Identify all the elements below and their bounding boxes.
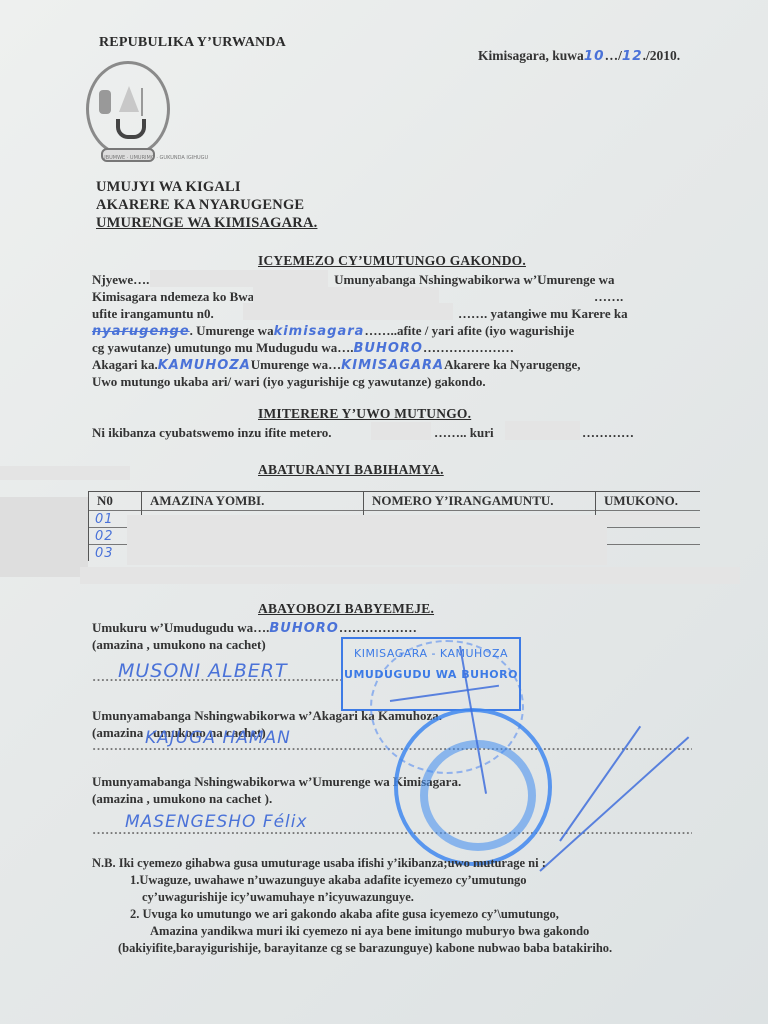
redacted-area-2 bbox=[505, 421, 580, 440]
sign-note-1: (amazina , umukono na cachet) bbox=[92, 636, 266, 653]
property-title: IMITERERE Y’UWO MUTUNGO. bbox=[258, 406, 471, 422]
authorities-title: ABAYOBOZI BABYEMEJE. bbox=[258, 601, 434, 617]
note-item-4: (bakiyifite,barayigurishije, barayitanze… bbox=[118, 940, 612, 957]
note-nb: N.B. Iki cyemezo gihabwa gusa umuturage … bbox=[92, 855, 546, 872]
col-signature: UMUKONO. bbox=[596, 492, 701, 511]
emblem-caption: UBUMWE · UMURIMO · GUKUNDA IGIHUGU bbox=[102, 155, 208, 161]
cert-line-6: Akagari ka.KAMUHOZAUmurenge wa…KIMISAGAR… bbox=[92, 356, 580, 374]
note-item-3: Amazina yandikwa muri iki cyemezo ni aya… bbox=[150, 923, 589, 940]
place-date-prefix: Kimisagara, kuwa bbox=[478, 48, 584, 63]
redacted-left-block bbox=[0, 497, 88, 577]
col-id-number: NOMERO Y’IRANGAMUNTU. bbox=[364, 492, 596, 511]
redacted-witness-data bbox=[127, 515, 607, 565]
cert-line-3: ufite irangamuntu n0. bbox=[92, 305, 214, 322]
rwanda-coat-of-arms-icon bbox=[86, 61, 170, 157]
village-rectangular-stamp: KIMISAGARA - KAMUHOZA UMUDUGUDU WA BUHOR… bbox=[341, 637, 521, 711]
district-heading: AKARERE KA NYARUGENGE bbox=[96, 197, 304, 214]
note-item-2: 2. Uvuga ko umutungo we ari gakondo akab… bbox=[130, 906, 559, 923]
republic-heading: REPUBULIKA Y’URWANDA bbox=[99, 35, 286, 51]
village-head-signature-name: MUSONI ALBERT bbox=[118, 660, 288, 682]
date-day: 10 bbox=[584, 48, 605, 64]
cert-line-7: Uwo mutungo ukaba ari/ wari (iyo yaguris… bbox=[92, 373, 486, 390]
note-item-1a: 1.Uwaguze, uwahawe n’uwazunguye akaba ad… bbox=[130, 872, 527, 889]
property-line: Ni ikibanza cyubatswemo inzu ifite meter… bbox=[92, 424, 332, 441]
cert-line-4: nyarugenge. Umurenge wakimisagara……..afi… bbox=[92, 322, 574, 340]
certificate-title: ICYEMEZO CY’UMUTUNGO GAKONDO. bbox=[258, 253, 526, 269]
note-item-1b: cy’uwagurishije icy’uwamuhaye n’icyuwazu… bbox=[142, 889, 414, 906]
signature-stroke-icon bbox=[539, 736, 689, 871]
redacted-id-number bbox=[243, 303, 453, 320]
city-heading: UMUJYI WA KIGALI bbox=[96, 179, 241, 196]
redacted-holder bbox=[253, 287, 439, 303]
col-number: N0 bbox=[89, 492, 142, 511]
sector-officer-signature-name: MASENGESHO Félix bbox=[125, 812, 308, 832]
date-year: 2010. bbox=[650, 48, 680, 63]
witnesses-title: ABATURANYI BABIHAMYA. bbox=[258, 462, 444, 478]
sign-note-3: (amazina , umukono na cachet ). bbox=[92, 790, 272, 807]
sector-heading: UMURENGE WA KIMISAGARA. bbox=[96, 215, 317, 232]
cert-line-5: cg yawutanze) umutungo mu Mudugudu wa….B… bbox=[92, 339, 514, 357]
village-head-line: Umukuru w’Umudugudu wa….BUHORO……………… bbox=[92, 619, 417, 637]
date-month: 12 bbox=[622, 48, 643, 64]
redacted-margin bbox=[0, 466, 130, 480]
redacted-area-1 bbox=[371, 422, 431, 440]
redacted-name bbox=[150, 270, 328, 287]
col-full-name: AMAZINA YOMBI. bbox=[142, 492, 364, 511]
place-date: Kimisagara, kuwa10…/12./2010. bbox=[478, 47, 680, 65]
cell-officer-signature-name: KAJUGA HAMAN bbox=[145, 728, 291, 748]
